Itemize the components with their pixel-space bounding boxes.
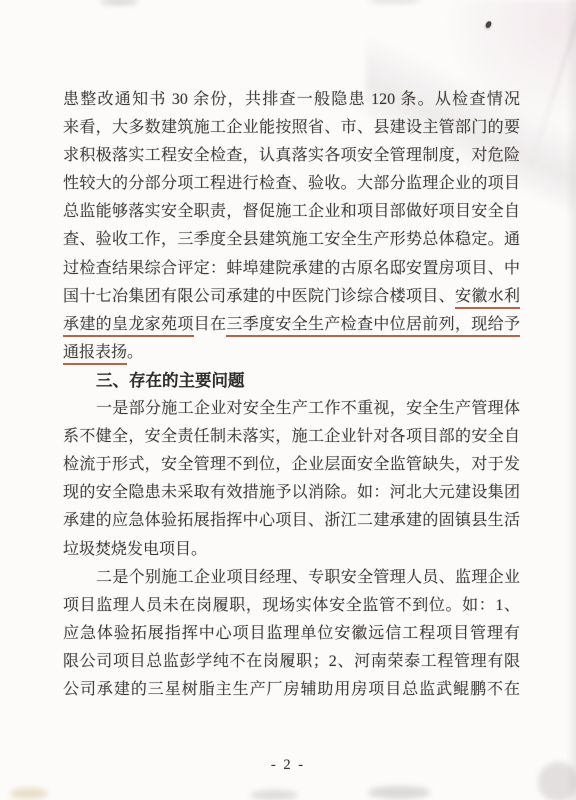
text-line: 查、验收工作，三季度全县建筑施工安全生产形势总体稳定。通: [63, 226, 520, 254]
text-segment: 目在: [194, 316, 227, 333]
text-segment: 垃圾焚烧发电项目。: [63, 541, 207, 558]
text-segment: 现的安全隐患未采取有效措施予以消除。如：河北大元建设集团: [63, 484, 520, 501]
scan-smudge-bottom-left: [10, 788, 48, 799]
underlined-text: 安徽水利: [455, 288, 520, 309]
text-line: 国十七冶集团有限公司承建的中医院门诊综合楼项目、安徽水利: [63, 283, 520, 311]
text-line: 系不健全，安全责任制未落实，施工企业针对各项目部的安全自: [63, 423, 520, 451]
underlined-text: 通报表扬: [63, 344, 127, 365]
text-segment: 承建的应急体验拓展指挥中心项目、浙江二建承建的固镇县生活: [63, 512, 520, 529]
text-segment: 求积极落实工程安全检查，认真落实各项安全管理制度，对危险: [63, 147, 520, 164]
text-segment: 二是个别施工企业项目经理、专职安全管理人员、监理企业: [96, 569, 520, 586]
scan-smudge-bottom-center: [250, 790, 298, 800]
text-segment: 检流于形式，安全管理不到位，企业层面安全监管缺失，对于发: [63, 456, 520, 473]
underlined-text: 三季度安全生产检查中位居前列，现给予: [226, 316, 520, 337]
text-segment: 限公司项目总监彭学纯不在岗履职；2、河南荣泰工程管理有限: [63, 653, 520, 670]
page-edge-shadow: [566, 0, 576, 800]
text-segment: 过检查结果综合评定：蚌埠建院承建的古原名邸安置房项目、中: [63, 260, 520, 277]
text-segment: 总监能够落实安全职责，督促施工企业和项目部做好项目安全自: [63, 203, 520, 220]
text-line: 来看，大多数建筑施工企业能按照省、市、县建设主管部门的要: [63, 114, 520, 142]
text-line: 限公司项目总监彭学纯不在岗履职；2、河南荣泰工程管理有限: [63, 648, 520, 676]
text-line: 求积极落实工程安全检查，认真落实各项安全管理制度，对危险: [63, 142, 520, 170]
text-line: 现的安全隐患未采取有效措施予以消除。如：河北大元建设集团: [63, 479, 520, 507]
scanned-document-page: 患整改通知书 30 余份，共排查一般隐患 120 条。从检查情况来看，大多数建筑…: [0, 0, 576, 800]
text-line: 公司承建的三星树脂主生产厂房辅助用房项目总监武鲲鹏不在: [63, 676, 520, 704]
text-segment: 系不健全，安全责任制未落实，施工企业针对各项目部的安全自: [63, 428, 520, 445]
page-number: - 2 -: [0, 757, 576, 774]
text-line: 承建的皇龙家苑项目在三季度安全生产检查中位居前列，现给予: [63, 311, 520, 339]
text-segment: 一是部分施工企业对安全生产工作不重视，安全生产管理体: [96, 400, 520, 417]
text-line: 通报表扬。: [63, 339, 520, 367]
text-segment: 查、验收工作，三季度全县建筑施工安全生产形势总体稳定。通: [63, 231, 520, 248]
text-segment: 性较大的分部分项工程进行检查、验收。大部分监理企业的项目: [63, 175, 520, 192]
text-line: 检流于形式，安全管理不到位，企业层面安全监管缺失，对于发: [63, 451, 520, 479]
text-segment: 应急体验拓展指挥中心项目监理单位安徽远信工程项目管理有: [63, 625, 520, 642]
text-line: 承建的应急体验拓展指挥中心项目、浙江二建承建的固镇县生活: [63, 507, 520, 535]
text-line: 应急体验拓展指挥中心项目监理单位安徽远信工程项目管理有: [63, 620, 520, 648]
text-line: 患整改通知书 30 余份，共排查一般隐患 120 条。从检查情况: [63, 86, 520, 114]
text-line: 总监能够落实安全职责，督促施工企业和项目部做好项目安全自: [63, 198, 520, 226]
paper-crease-line: [526, 0, 576, 176]
text-line: 性较大的分部分项工程进行检查、验收。大部分监理企业的项目: [63, 170, 520, 198]
text-segment: 患整改通知书 30 余份，共排查一般隐患 120 条。从检查情况: [63, 91, 520, 108]
text-segment: 公司承建的三星树脂主生产厂房辅助用房项目总监武鲲鹏不在: [63, 681, 520, 698]
text-segment: 国十七冶集团有限公司承建的中医院门诊综合楼项目、: [63, 288, 455, 305]
text-segment: 来看，大多数建筑施工企业能按照省、市、县建设主管部门的要: [63, 119, 520, 136]
text-line: 垃圾焚烧发电项目。: [63, 536, 520, 564]
text-line: 一是部分施工企业对安全生产工作不重视，安全生产管理体: [63, 395, 520, 423]
text-segment: 项目监理人员未在岗履职，现场实体安全监管不到位。如：1、: [63, 597, 520, 614]
scan-smudge-top-right: [368, 0, 420, 4]
text-segment: 。: [127, 344, 143, 361]
ink-speck: [485, 20, 492, 28]
text-segment: 三、存在的主要问题: [96, 372, 245, 390]
scan-smudge-bottom-right: [368, 786, 430, 799]
underlined-text: 承建的皇龙家苑项: [63, 316, 194, 337]
text-line: 项目监理人员未在岗履职，现场实体安全监管不到位。如：1、: [63, 592, 520, 620]
document-body: 患整改通知书 30 余份，共排查一般隐患 120 条。从检查情况来看，大多数建筑…: [63, 86, 520, 704]
text-line: 二是个别施工企业项目经理、专职安全管理人员、监理企业: [63, 564, 520, 592]
section-heading: 三、存在的主要问题: [63, 367, 520, 395]
text-line: 过检查结果综合评定：蚌埠建院承建的古原名邸安置房项目、中: [63, 255, 520, 283]
scan-smudge-top-left: [100, 0, 138, 5]
